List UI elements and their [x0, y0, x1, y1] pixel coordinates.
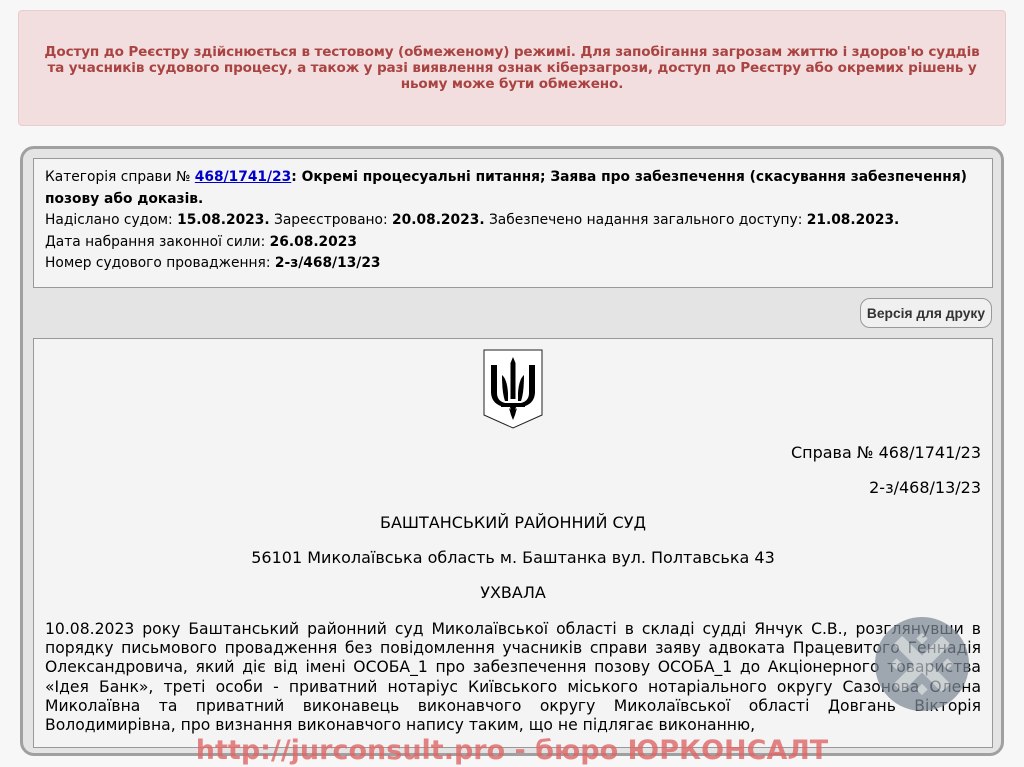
case-number-link[interactable]: 468/1741/23: [195, 169, 291, 185]
effective-date: 26.08.2023: [270, 234, 357, 250]
registered-date: 20.08.2023.: [392, 212, 485, 228]
doc-court-name: БАШТАНСЬКИЙ РАЙОННИЙ СУД: [34, 513, 992, 533]
doc-type-title: УХВАЛА: [34, 583, 992, 603]
proceeding-label: Номер судового провадження:: [45, 255, 275, 271]
doc-case-number: Справа № 468/1741/23: [791, 443, 981, 463]
watermark-logo-icon: [874, 616, 970, 712]
public-access-date: 21.08.2023.: [807, 212, 900, 228]
case-info-panel: Категорія справи № 468/1741/23: Окремі п…: [33, 158, 993, 288]
registry-notice-banner: Доступ до Реєстру здійснюється в тестово…: [18, 10, 1006, 126]
registry-notice-text: Доступ до Реєстру здійснюється в тестово…: [35, 44, 989, 92]
case-category-row: Категорія справи № 468/1741/23: Окремі п…: [45, 167, 981, 210]
registered-label: Зареєстровано:: [270, 212, 392, 228]
effective-date-row: Дата набрання законної сили: 26.08.2023: [45, 232, 981, 254]
case-dates-row: Надіслано судом: 15.08.2023. Зареєстрова…: [45, 210, 981, 232]
watermark-text: http://jurconsult.pro - бюро ЮРКОНСАЛТ: [0, 734, 1024, 767]
coat-of-arms-icon: [483, 349, 543, 429]
sent-date: 15.08.2023.: [177, 212, 270, 228]
public-access-label: Забезпечено надання загального доступу:: [485, 212, 807, 228]
decision-document: Справа № 468/1741/23 2-з/468/13/23 БАШТА…: [33, 338, 993, 748]
doc-proceeding-number: 2-з/468/13/23: [869, 478, 981, 498]
decision-container: Категорія справи № 468/1741/23: Окремі п…: [20, 146, 1004, 756]
sent-label: Надіслано судом:: [45, 212, 177, 228]
proceeding-number: 2-з/468/13/23: [275, 255, 381, 271]
effective-label: Дата набрання законної сили:: [45, 234, 270, 250]
print-version-button[interactable]: Версія для друку: [860, 298, 992, 328]
doc-body-paragraph: 10.08.2023 року Баштанський районний суд…: [45, 620, 981, 735]
doc-court-address: 56101 Миколаївська область м. Баштанка в…: [34, 548, 992, 568]
case-category-label: Категорія справи №: [45, 169, 195, 185]
proceeding-number-row: Номер судового провадження: 2-з/468/13/2…: [45, 253, 981, 275]
